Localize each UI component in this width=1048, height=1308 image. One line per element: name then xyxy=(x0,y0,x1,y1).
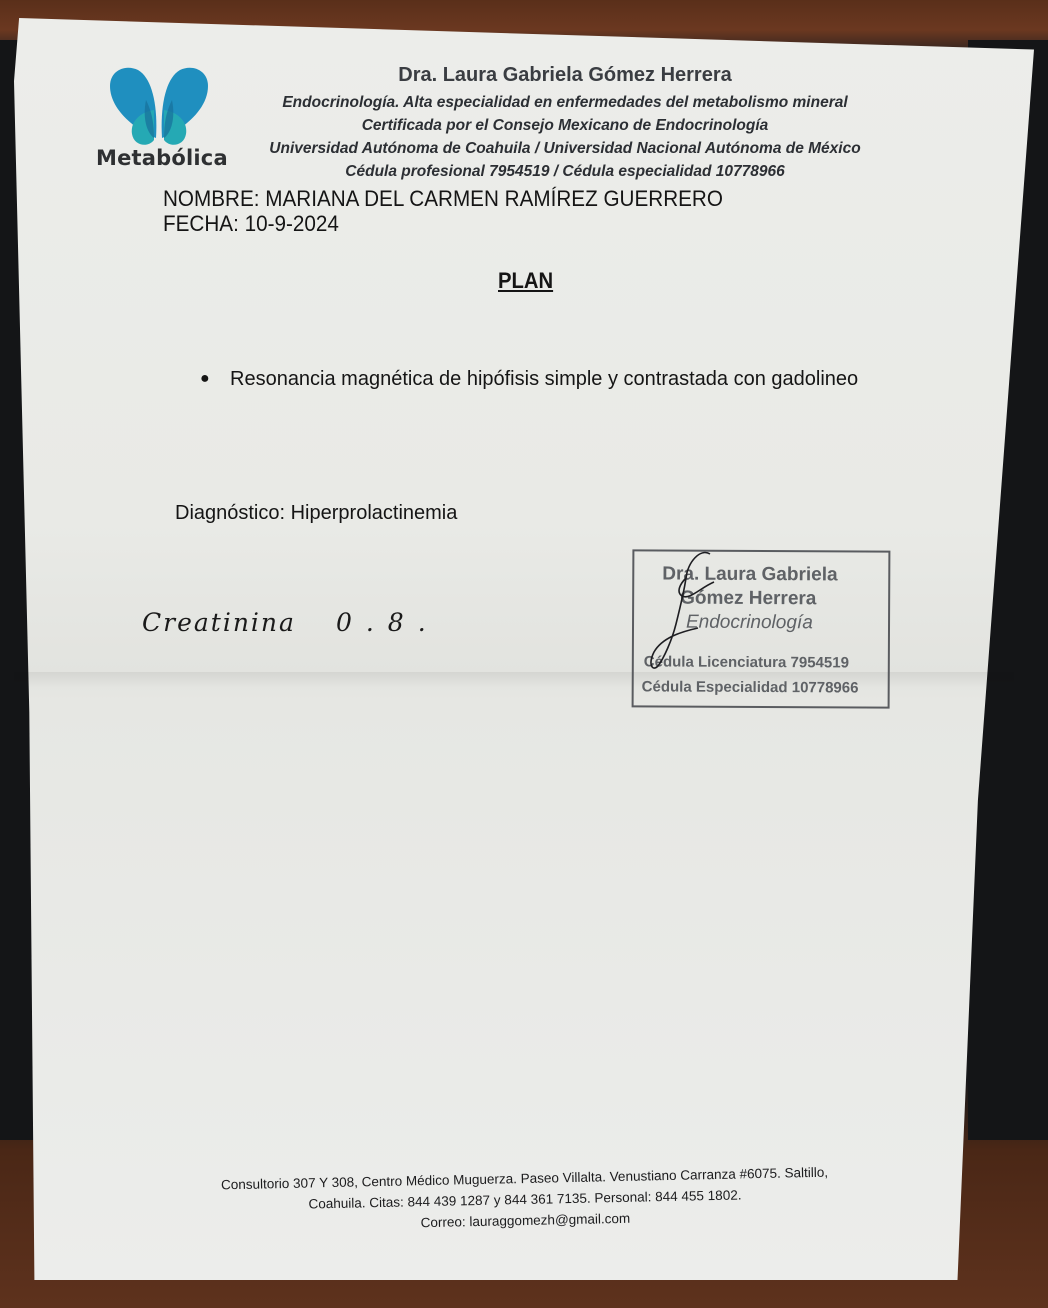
letterhead-header: Dra. Laura Gabriela Gómez Herrera Endocr… xyxy=(250,64,880,183)
diagnosis: Diagnóstico: Hiperprolactinemia xyxy=(175,502,457,525)
handwritten-note: Creatinina0.8. xyxy=(142,608,440,637)
specialty-line: Endocrinología. Alta especialidad en enf… xyxy=(250,91,880,114)
prescription-date: FECHA: 10-9-2024 xyxy=(163,211,723,236)
certification-line: Certificada por el Consejo Mexicano de E… xyxy=(250,114,880,137)
bullet-icon: ● xyxy=(200,366,230,392)
patient-info: NOMBRE: MARIANA DEL CARMEN RAMÍREZ GUERR… xyxy=(163,186,723,236)
university-line: Universidad Autónoma de Coahuila / Unive… xyxy=(250,137,880,160)
handwritten-value: 0.8. xyxy=(336,608,440,637)
stamp-specialty-license: Cédula Especialidad 10778966 xyxy=(642,678,859,696)
patient-name: NOMBRE: MARIANA DEL CARMEN RAMÍREZ GUERR… xyxy=(163,186,723,211)
plan-item: ● Resonancia magnética de hipófisis simp… xyxy=(200,366,860,392)
brand-name: Metabólica xyxy=(96,146,228,170)
handwritten-label: Creatinina xyxy=(142,608,296,637)
doctor-name: Dra. Laura Gabriela Gómez Herrera xyxy=(250,64,880,87)
license-line: Cédula profesional 7954519 / Cédula espe… xyxy=(250,160,880,183)
plan-heading: PLAN xyxy=(498,268,553,294)
signature-icon xyxy=(640,548,730,678)
plan-list: ● Resonancia magnética de hipófisis simp… xyxy=(200,366,860,392)
plan-item-text: Resonancia magnética de hipófisis simple… xyxy=(230,366,858,392)
